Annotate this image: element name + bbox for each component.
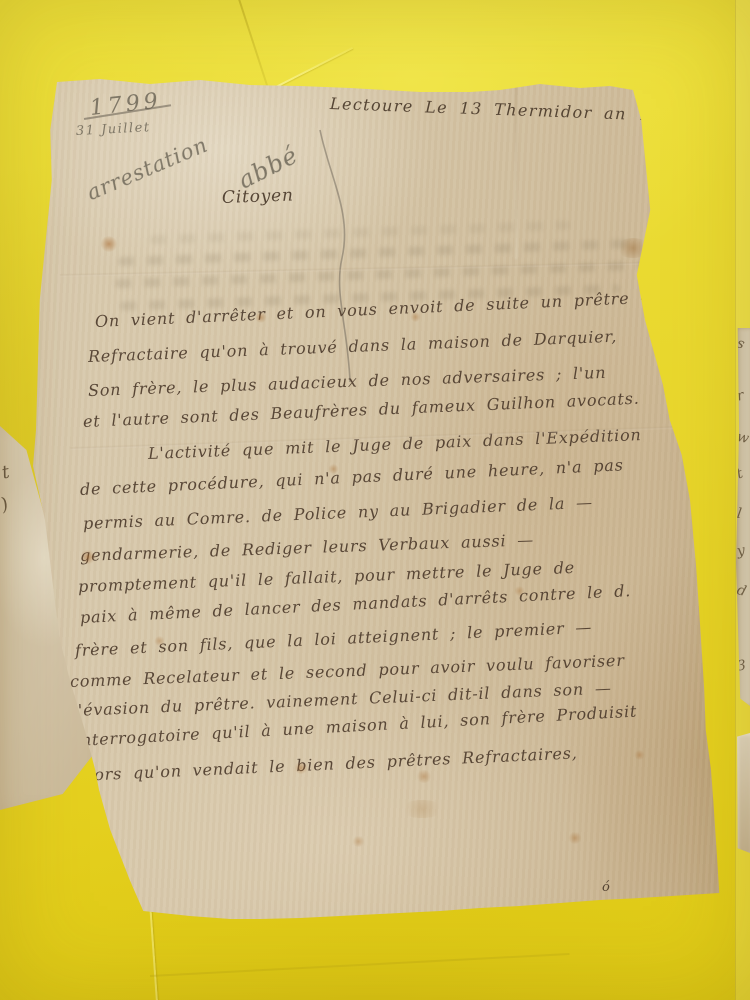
pencil-date-annotation: 31 Juillet xyxy=(76,120,151,139)
ink-fragment: t xyxy=(0,461,11,483)
fox-stain xyxy=(400,800,444,818)
right-paper-scrap-corner xyxy=(736,733,750,853)
letter-salutation: Citoyen xyxy=(222,186,294,208)
letter-body-line: alors qu'on vendait le bien des prêtres … xyxy=(78,743,578,785)
fox-stain xyxy=(100,236,118,252)
photo-canvas: t ) s r w t l y d 3 1799 31 Juillet arre… xyxy=(0,0,750,1000)
folder-crease xyxy=(237,0,270,93)
ink-fragment: ) xyxy=(0,493,11,515)
bleed-through-line xyxy=(115,261,645,288)
letter-body-line: permis au Comre. de Police ny au Brigadi… xyxy=(83,493,594,533)
stray-ink-mark: ó xyxy=(602,880,611,895)
pencil-note-arrestation: arrestation xyxy=(83,133,211,206)
fox-stain xyxy=(634,750,645,760)
fox-stain xyxy=(352,836,365,847)
folder-crease xyxy=(268,47,354,92)
ink-fragment: d xyxy=(736,582,748,600)
fox-stain xyxy=(416,770,432,783)
folder-crease xyxy=(150,953,570,976)
pencil-year-annotation: 1799 xyxy=(89,89,163,121)
main-letter-sheet: 1799 31 Juillet arrestation abbé Lectour… xyxy=(0,0,750,1000)
ink-fragment: y xyxy=(736,542,746,559)
letter-body-line: frère et son fils, que la loi atteignent… xyxy=(75,618,593,660)
letter-body-line: gendarmerie, de Rediger leurs Verbaux au… xyxy=(80,530,535,565)
fox-stain xyxy=(568,832,582,844)
